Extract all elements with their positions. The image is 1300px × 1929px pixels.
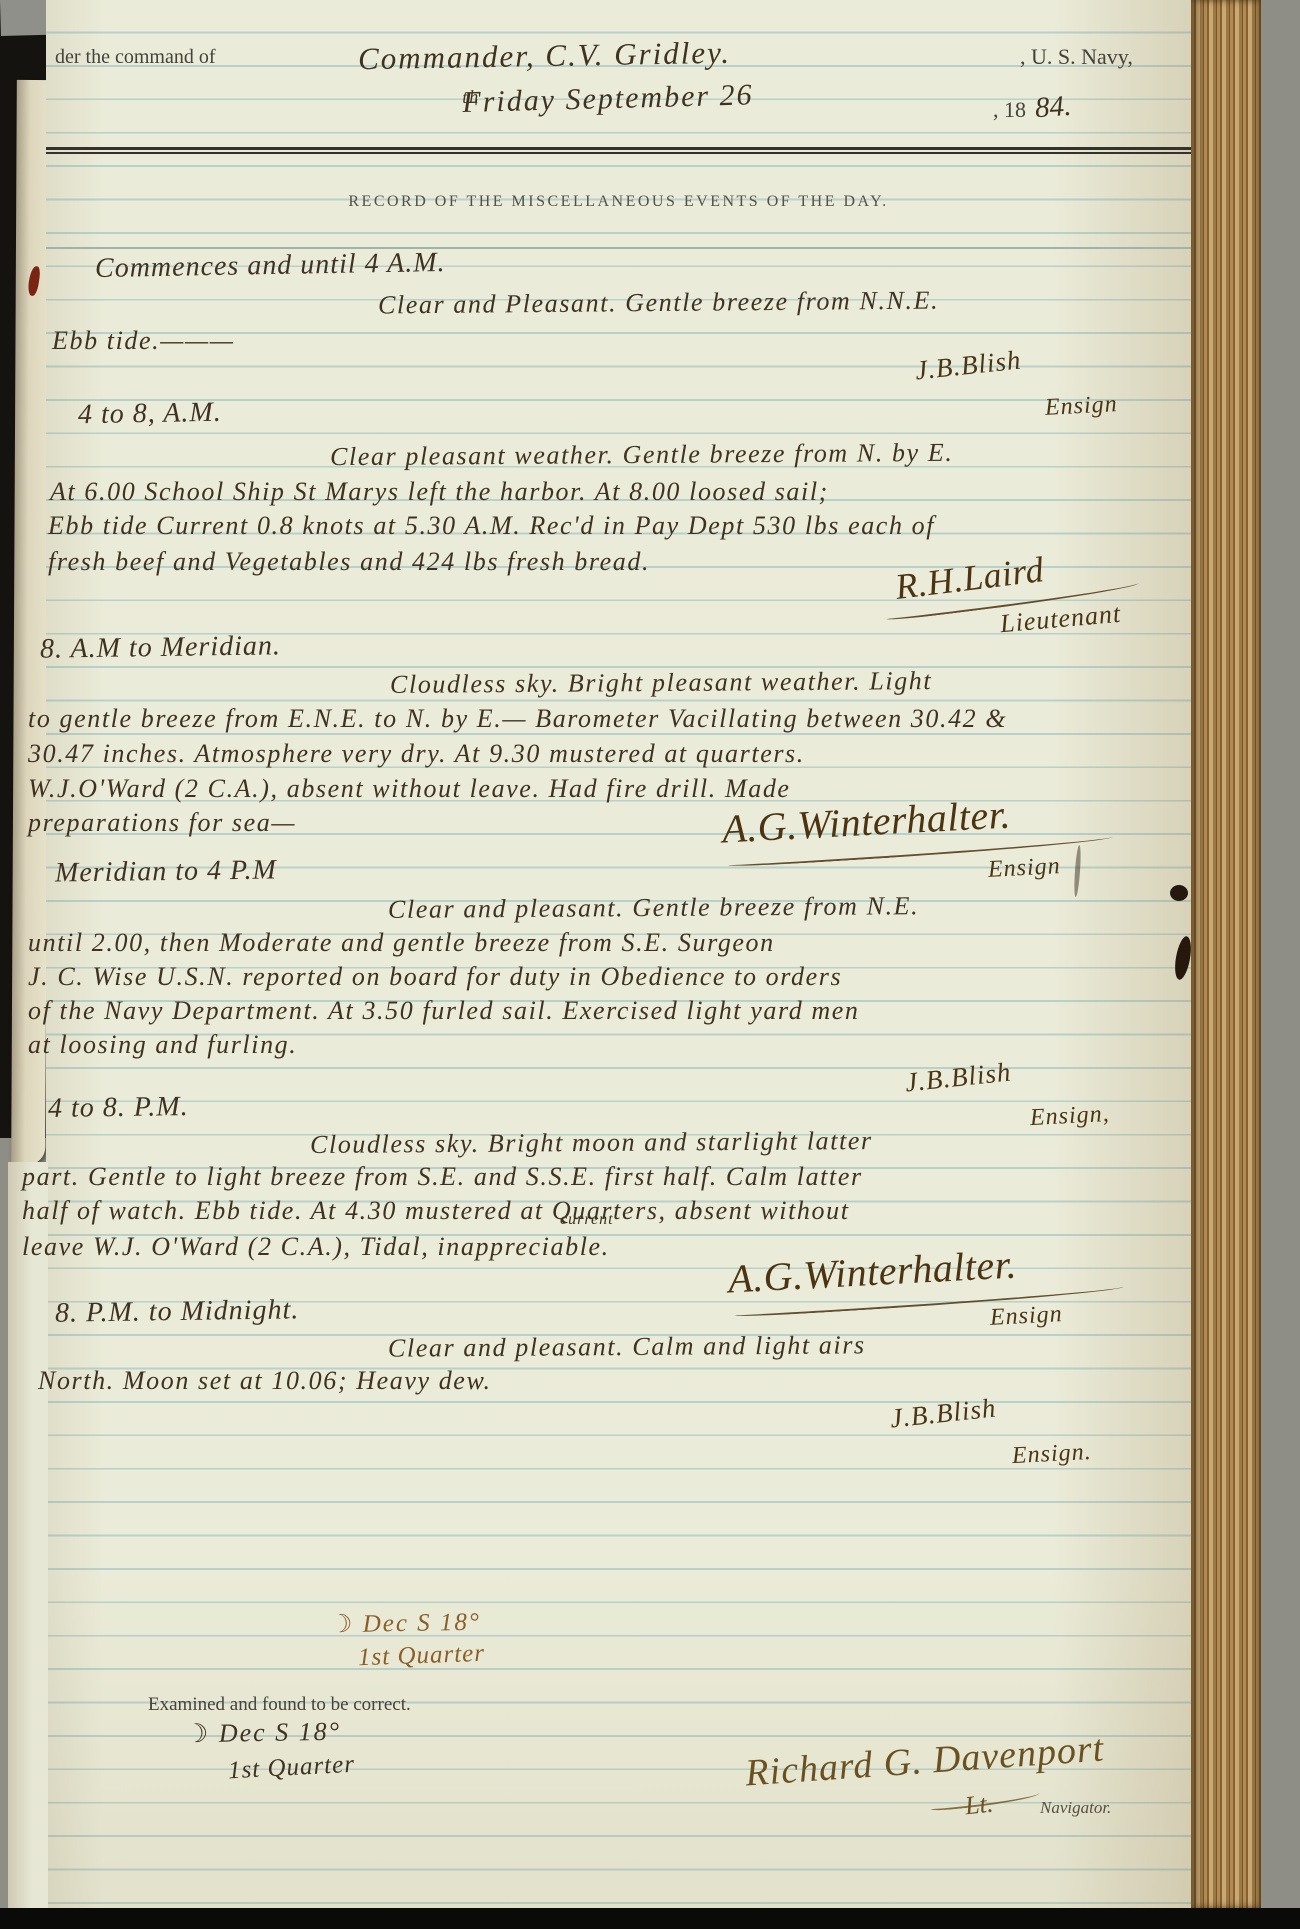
moon-note-dark-line1: ☽ Dec S 18° [185,1719,342,1748]
log-line: Clear and pleasant. Gentle breeze from N… [388,893,919,923]
printed-navy-label: , U. S. Navy, [1020,44,1133,70]
moon-note-dark-line2: 1st Quarter [227,1752,355,1784]
moon-icon: ☽ [330,1609,355,1638]
thin-rule [46,247,1191,249]
log-line: Cloudless sky. Bright moon and starlight… [310,1128,873,1158]
navigator-signature: Richard G. Davenport [744,1730,1105,1793]
signature: J.B.Blish [889,1395,998,1433]
log-line: until 2.00, then Moderate and gentle bre… [28,930,775,956]
log-line: Cloudless sky. Bright pleasant weather. … [390,668,932,698]
log-line: half of watch. Ebb tide. At 4.30 mustere… [22,1198,850,1224]
log-line: J. C. Wise U.S.N. reported on board for … [28,964,842,990]
log-line: Clear and pleasant. Calm and light airs [388,1332,866,1361]
moon-note-text: Dec S 18° [362,1609,481,1638]
watch-heading: 4 to 8, A.M. [78,399,222,430]
signature-rank: Ensign [989,1302,1063,1330]
content-layer: der the command of Commander, C.V. Gridl… [0,0,1300,1929]
log-line: Clear and Pleasant. Gentle breeze from N… [378,288,939,319]
watch-heading: Meridian to 4 P.M [55,856,277,887]
signature: J.B.Blish [914,347,1023,385]
navigator-label: Navigator. [1040,1798,1111,1818]
inserted-word: current [560,1212,614,1228]
log-line: Ebb tide.——— [52,328,234,354]
log-line: preparations for sea— [28,810,296,836]
log-line: at loosing and furling. [28,1032,297,1058]
commander-name-handwriting: Commander, C.V. Gridley. [358,37,731,75]
log-line: North. Moon set at 10.06; Heavy dew. [38,1368,492,1394]
log-line: At 6.00 School Ship St Marys left the ha… [50,479,829,505]
signature-rank: Ensign [1044,392,1118,420]
double-rule [46,147,1191,154]
date-text: Friday September 26 [462,80,754,118]
watch-heading: Commences and until 4 A.M. [95,249,446,283]
moon-note-text: Dec S 18° [219,1717,342,1748]
watch-heading: 4 to 8. P.M. [48,1093,189,1123]
log-line: fresh beef and Vegetables and 424 lbs fr… [48,549,650,575]
moon-icon: ☽ [185,1719,211,1749]
moon-note-light-line1: ☽ Dec S 18° [330,1609,481,1638]
log-line: to gentle breeze from E.N.E. to N. by E.… [28,706,1007,732]
signature: A.G.Winterhalter. [727,1244,1018,1299]
log-line: W.J.O'Ward (2 C.A.), absent without leav… [28,776,791,802]
log-line: part. Gentle to light breeze from S.E. a… [22,1164,863,1190]
logbook-scan: der the command of Commander, C.V. Gridl… [0,0,1300,1929]
date-ordinal: th [462,88,480,106]
examined-label: Examined and found to be correct. [148,1694,411,1716]
moon-note-light-line2: 1st Quarter [358,1641,486,1670]
log-line: Clear pleasant weather. Gentle breeze fr… [330,440,954,470]
watch-heading: 8. A.M to Meridian. [40,632,281,663]
signature-rank: Lieutenant [999,601,1122,637]
signature-rank: Ensign [987,854,1061,882]
printed-year-prefix: , 18 [993,97,1026,123]
watch-heading: 8. P.M. to Midnight. [55,1296,300,1327]
section-title: RECORD OF THE MISCELLANEOUS EVENTS OF TH… [46,193,1191,211]
log-line: Ebb tide Current 0.8 knots at 5.30 A.M. … [48,513,935,539]
navigator-monogram: Lt. [964,1791,995,1820]
signature-rank: Ensign, [1029,1102,1110,1130]
signature-rank: Ensign. [1011,1440,1092,1468]
log-line: of the Navy Department. At 3.50 furled s… [28,998,860,1024]
printed-command-prefix: der the command of [55,46,216,69]
signature: J.B.Blish [904,1059,1013,1097]
log-line: leave W.J. O'Ward (2 C.A.), Tidal, inapp… [22,1234,610,1260]
log-line: 30.47 inches. Atmosphere very dry. At 9.… [28,741,805,767]
year-handwriting: 84. [1034,92,1072,123]
